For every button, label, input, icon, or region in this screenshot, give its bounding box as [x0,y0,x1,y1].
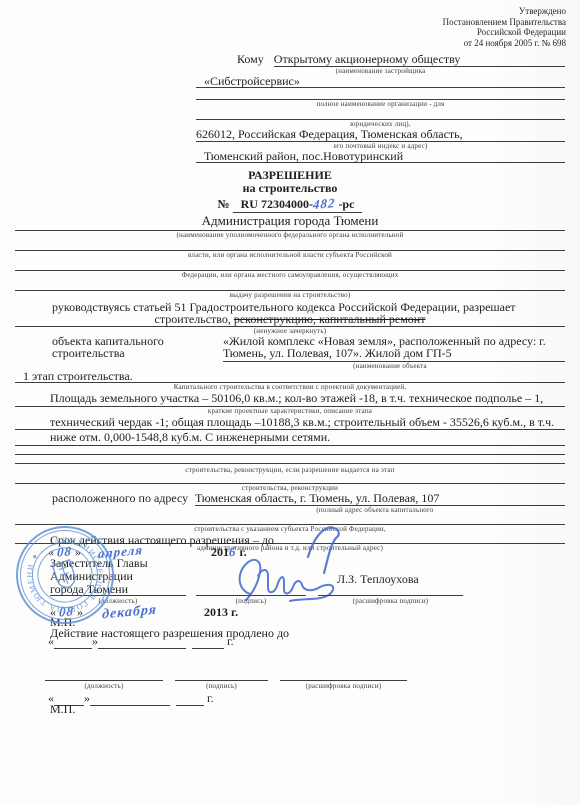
approval-block: Утверждено Постановлением Правительства … [0,0,580,48]
approval-line: от 24 ноября 2005 г. № 698 [0,38,566,49]
approval-line: Российской Федерации [0,27,566,38]
signature-rule [196,594,306,596]
permit-kind-line: строительство, реконструкцию, капитальны… [15,313,565,327]
name-caption: (расшифровка подписи) [318,597,463,605]
blank-rule [196,108,565,120]
specs-line-1: Площадь земельного участка – 50106,0 кв.… [15,391,565,407]
number-sign: № [218,197,230,211]
addressee-caption-2: полное наименование организации - для [196,100,565,108]
position-caption-2: (должность) [45,682,163,690]
addressee-value-2: «Сибстройсервис» [196,75,565,89]
object-row: объекта капитального строительства «Жило… [15,335,565,362]
blank-rule [15,455,565,464]
address-row: расположенного по адресу Тюменская облас… [15,492,565,507]
document-page: Утверждено Постановлением Правительства … [0,0,580,805]
authority-name: Администрация города Тюмени [15,215,565,231]
kind-struck: реконструкцию, капитальный ремонт [234,312,426,326]
addressee-value-1: Открытому акционерному обществу [274,53,565,67]
address-value: Тюменская область, г. Тюмень, ул. Полева… [195,492,565,507]
title-line-2: на строительство [0,182,580,195]
addressee-label: Кому [237,53,264,67]
blank-rule [196,88,565,100]
approval-line: Утверждено [0,6,566,17]
signature-section: Срок действия настоящего разрешения – до… [0,530,580,805]
addressee-value-4: Тюменский район, пос.Новотуринский [196,150,565,164]
name-caption-2: (расшифровка подписи) [280,682,407,690]
addressee-block: Кому Открытому акционерному обществу (на… [196,53,565,163]
sign-year: 2013 г. [204,605,238,620]
stage-line: 1 этап строительства. [15,370,565,384]
authority-caption-2: власти, или органа исполнительной власти… [15,251,565,259]
kind-kept: строительство, [155,312,231,326]
number-handwritten: 482 [313,196,336,211]
document-title: РАЗРЕШЕНИЕ на строительство № RU 7230400… [0,169,580,211]
signature-rule-2 [175,679,268,681]
year-prefix: 201 [211,545,229,559]
blank-rule [15,239,565,251]
permit-number-line: № RU 72304000-482 -рс [0,197,580,211]
signature-caption-2: (подпись) [175,682,268,690]
blank-segment [176,694,204,706]
blank-segment [98,637,186,649]
blank-rule [15,474,565,484]
authority-caption-1: (наименование уполномоченного федерально… [15,231,565,239]
specs-caption: краткие проектные характеристики, описан… [15,407,565,415]
blank-rule [15,446,565,455]
etap-caption-1: строительства, реконструкции, если разре… [15,466,565,474]
specs-line-2: технический чердак -1; общая площадь –10… [15,415,565,431]
number-prefix: RU 72304000- [241,197,313,211]
blank-rule [15,279,565,291]
blank-segment [54,637,92,649]
object-label: объекта капитального строительства [15,335,223,360]
name-rule [318,594,463,596]
addressee-row: Кому Открытому акционерному обществу [196,53,565,67]
prolongation-date-row: «» г. [48,634,234,649]
authority-caption-4: выдачу разрешения на строительство) [15,291,565,299]
stage-caption: Капитального строительства в соответстви… [15,383,565,391]
year-suffix: г. [227,634,234,648]
pen-check-stroke [298,523,360,579]
specs-line-3: ниже отм. 0,000-1548,8 куб.м. С инженерн… [15,430,565,446]
signature-caption: (подпись) [196,597,306,605]
authority-caption-3: Федерации, или органа местного самоуправ… [15,271,565,279]
addressee-value-3: 626012, Российская Федерация, Тюменская … [196,128,565,142]
seal-place-label-2: М.П. [50,702,75,717]
name-rule-2 [280,679,407,681]
document-body: Администрация города Тюмени (наименовани… [15,215,565,552]
year-suffix: г. [207,691,214,705]
position-rule-2 [45,679,163,681]
address-label: расположенного по адресу [15,492,195,505]
blank-rule [15,259,565,271]
permit-number: RU 72304000-482 -рс [233,197,363,213]
blank-segment [90,694,170,706]
number-suffix: -рс [338,197,354,211]
object-value: «Жилой комплекс «Новая земля», расположе… [223,335,565,362]
approval-line: Постановлением Правительства [0,17,566,28]
blank-segment [192,637,224,649]
object-value-line-2: Тюмень, ул. Полевая, 107». Жилой дом ГП-… [223,347,565,360]
